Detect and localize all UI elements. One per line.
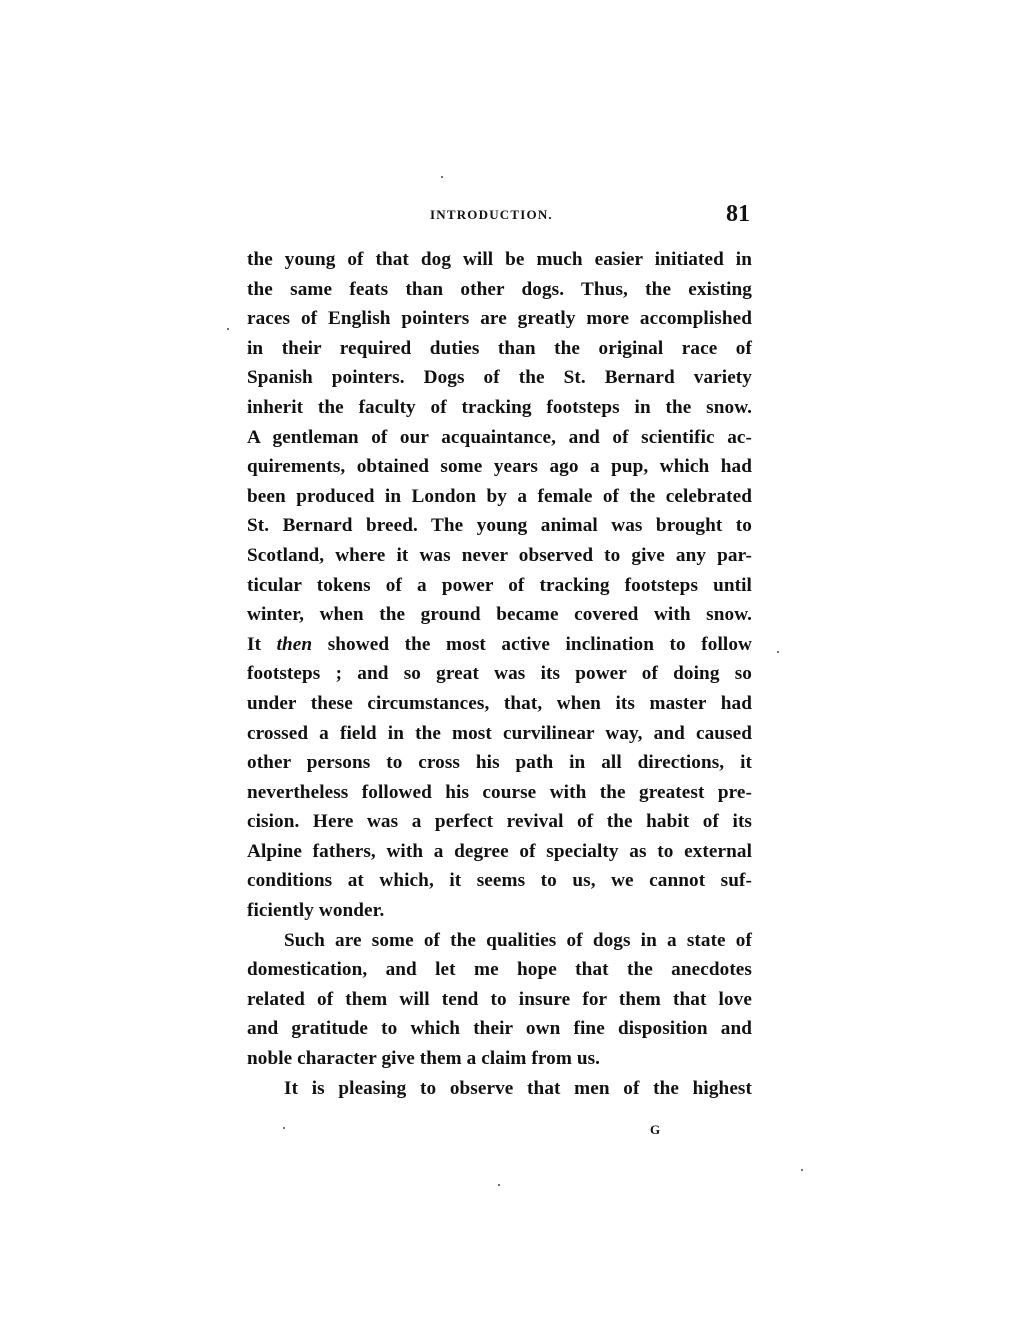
text-line: noble character give them a claim from u…: [247, 1044, 752, 1074]
signature-mark: G: [650, 1122, 660, 1138]
paragraph-1: the young of that dog will be much easie…: [247, 245, 752, 926]
text-line: domestication, and let me hope that the …: [247, 955, 752, 985]
text-line: Alpine fathers, with a degree of special…: [247, 837, 752, 867]
text-line: St. Bernard breed. The young animal was …: [247, 511, 752, 541]
text-line: under these circumstances, that, when it…: [247, 689, 752, 719]
text-line: Spanish pointers. Dogs of the St. Bernar…: [247, 363, 752, 393]
text-line: ticular tokens of a power of tracking fo…: [247, 571, 752, 601]
text-line: other persons to cross his path in all d…: [247, 748, 752, 778]
text-line: races of English pointers are greatly mo…: [247, 304, 752, 334]
text-line: winter, when the ground became covered w…: [247, 600, 752, 630]
text-line: conditions at which, it seems to us, we …: [247, 866, 752, 896]
text-line: the young of that dog will be much easie…: [247, 245, 752, 275]
paragraph-3: It is pleasing to observe that men of th…: [247, 1074, 752, 1104]
text-line: in their required duties than the origin…: [247, 334, 752, 364]
text-line: footsteps ; and so great was its power o…: [247, 659, 752, 689]
scan-speck: [777, 651, 779, 653]
text-line: nevertheless followed his course with th…: [247, 778, 752, 808]
text-segment: showed the most active inclination to fo…: [312, 634, 752, 655]
text-line: A gentleman of our acquaintance, and of …: [247, 423, 752, 453]
text-line: Such are some of the qualities of dogs i…: [247, 926, 752, 956]
scan-speck: [498, 1184, 500, 1186]
scan-speck: [283, 1127, 285, 1129]
scan-speck: [801, 1169, 803, 1171]
text-line: been produced in London by a female of t…: [247, 482, 752, 512]
text-line: related of them will tend to insure for …: [247, 985, 752, 1015]
scan-speck: [227, 328, 229, 330]
body-text: the young of that dog will be much easie…: [247, 245, 752, 1103]
text-line: cision. Here was a perfect revival of th…: [247, 807, 752, 837]
text-line: inherit the faculty of tracking footstep…: [247, 393, 752, 423]
scan-speck: [441, 176, 443, 178]
text-line: quirements, obtained some years ago a pu…: [247, 452, 752, 482]
text-line-with-italic: It then showed the most active inclinati…: [247, 630, 752, 660]
italic-emphasis: then: [277, 634, 313, 655]
text-line: the same feats than other dogs. Thus, th…: [247, 275, 752, 305]
book-page: INTRODUCTION. 81 the young of that dog w…: [247, 203, 752, 1103]
text-line: ficiently wonder.: [247, 896, 752, 926]
text-line: Scotland, where it was never observed to…: [247, 541, 752, 571]
text-line: and gratitude to which their own fine di…: [247, 1014, 752, 1044]
page-number: 81: [726, 201, 750, 228]
text-line: crossed a field in the most curvilinear …: [247, 719, 752, 749]
running-header: INTRODUCTION. 81: [247, 203, 752, 233]
text-segment: It: [247, 634, 277, 655]
text-line: It is pleasing to observe that men of th…: [247, 1074, 752, 1104]
paragraph-2: Such are some of the qualities of dogs i…: [247, 926, 752, 1074]
running-title: INTRODUCTION.: [430, 207, 553, 223]
